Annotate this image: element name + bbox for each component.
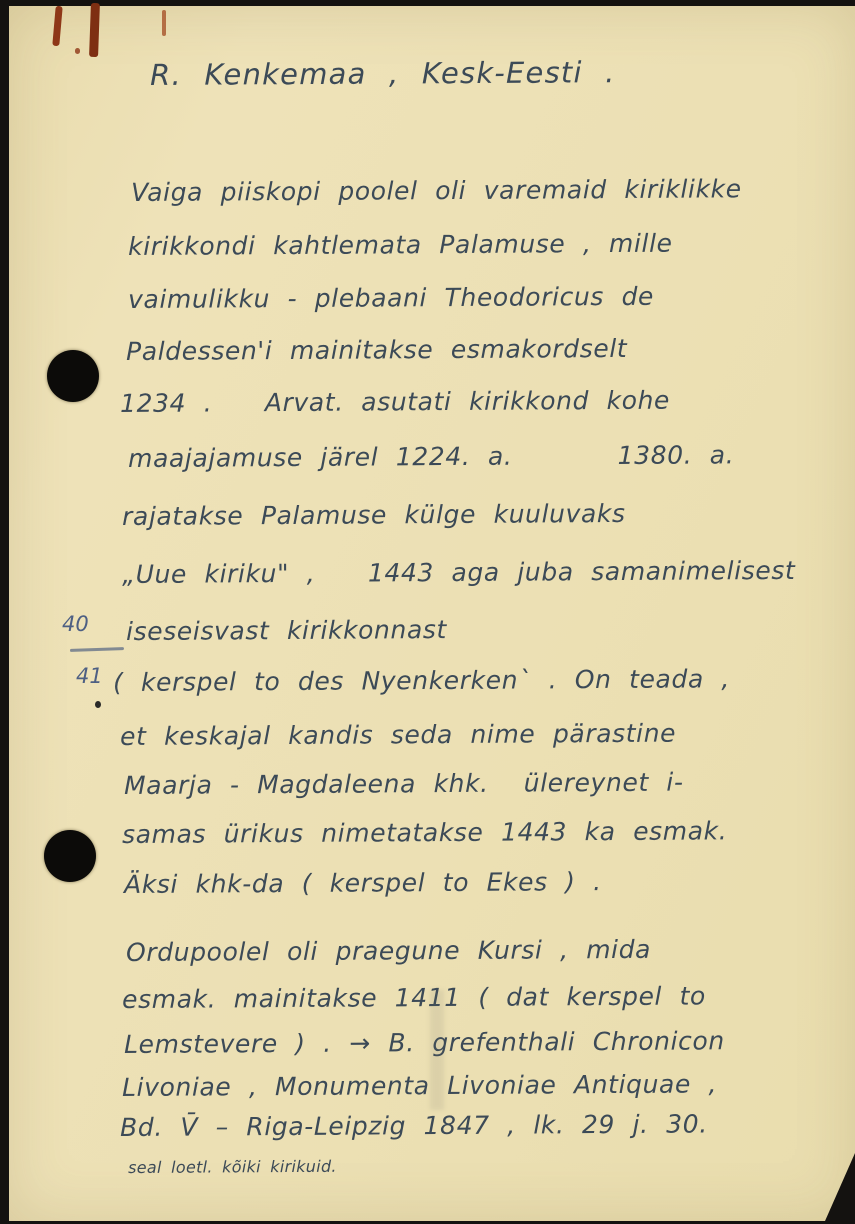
handwritten-line: Bd. V̄ – Riga-Leipzig 1847 , lk. 29 j. 3… — [120, 1109, 708, 1142]
scan-frame: R. Kenkemaa , Kesk-Eesti . 40 41 Vaiga p… — [0, 0, 855, 1224]
handwritten-line: samas ürikus nimetatakse 1443 ka esmak. — [122, 816, 727, 849]
hole-punch — [47, 350, 99, 402]
handwritten-line: iseseisvast kirikkonnast — [126, 615, 447, 646]
hole-punch — [44, 830, 96, 882]
handwritten-line: kirikkondi kahtlemata Palamuse , mille — [128, 229, 673, 261]
handwritten-line: Paldessen'i mainitakse esmakordselt — [126, 334, 627, 366]
rust-mark — [89, 3, 100, 57]
handwritten-line: vaimulikku - plebaani Theodoricus de — [128, 282, 654, 314]
handwritten-line: maajajamuse järel 1224. a. 1380. a. — [128, 440, 734, 473]
handwritten-line: Ordupoolel oli praegune Kursi , mida — [126, 935, 651, 967]
handwritten-line: Maarja - Magdaleena khk. ülereynet i- — [124, 768, 684, 800]
footnote-line: seal loetl. kõiki kirikuid. — [128, 1157, 337, 1177]
handwritten-line: Lemstevere ) . → B. grefenthali Chronico… — [124, 1026, 725, 1059]
handwritten-line: 1234 . Arvat. asutati kirikkond kohe — [120, 386, 670, 418]
margin-note-40: 40 — [62, 612, 89, 636]
handwritten-line: Livoniae , Monumenta Livoniae Antiquae , — [122, 1069, 717, 1102]
handwritten-line: „Uue kiriku" , 1443 aga juba samanimelis… — [122, 556, 795, 589]
document-title: R. Kenkemaa , Kesk-Eesti . — [150, 55, 616, 92]
handwritten-line: ( kerspel to des Nyenkerken` . On teada … — [113, 664, 730, 697]
rust-mark — [162, 10, 166, 36]
handwritten-line: rajatakse Palamuse külge kuuluvaks — [122, 499, 626, 531]
paper-smudge — [430, 990, 444, 1110]
handwritten-line: Vaiga piiskopi poolel oli varemaid kirik… — [131, 174, 742, 207]
handwritten-line: Äksi khk-da ( kerspel to Ekes ) . — [124, 867, 602, 899]
margin-note-41: 41 — [76, 664, 103, 688]
handwritten-line: et keskajal kandis seda nime pärastine — [120, 719, 676, 751]
rust-mark — [75, 48, 80, 54]
ink-speck — [95, 701, 101, 708]
handwritten-line: esmak. mainitakse 1411 ( dat kerspel to — [122, 981, 706, 1014]
